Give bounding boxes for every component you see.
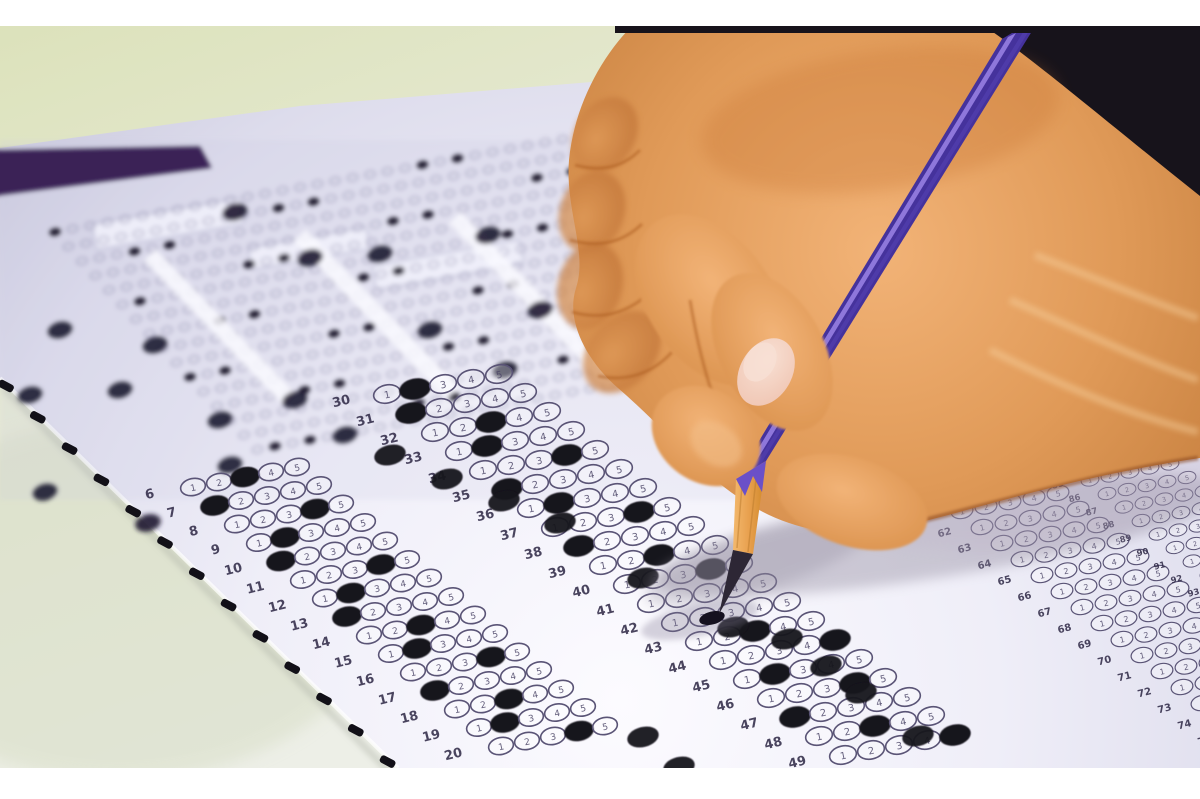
svg-text:5: 5 (1195, 601, 1200, 611)
photo-frame: 6124572345812359134510234511123512134513… (0, 0, 1200, 799)
svg-text:3: 3 (1195, 522, 1200, 531)
exam-answer-sheet-photo: 6124572345812359134510234511123512134513… (0, 0, 1200, 799)
